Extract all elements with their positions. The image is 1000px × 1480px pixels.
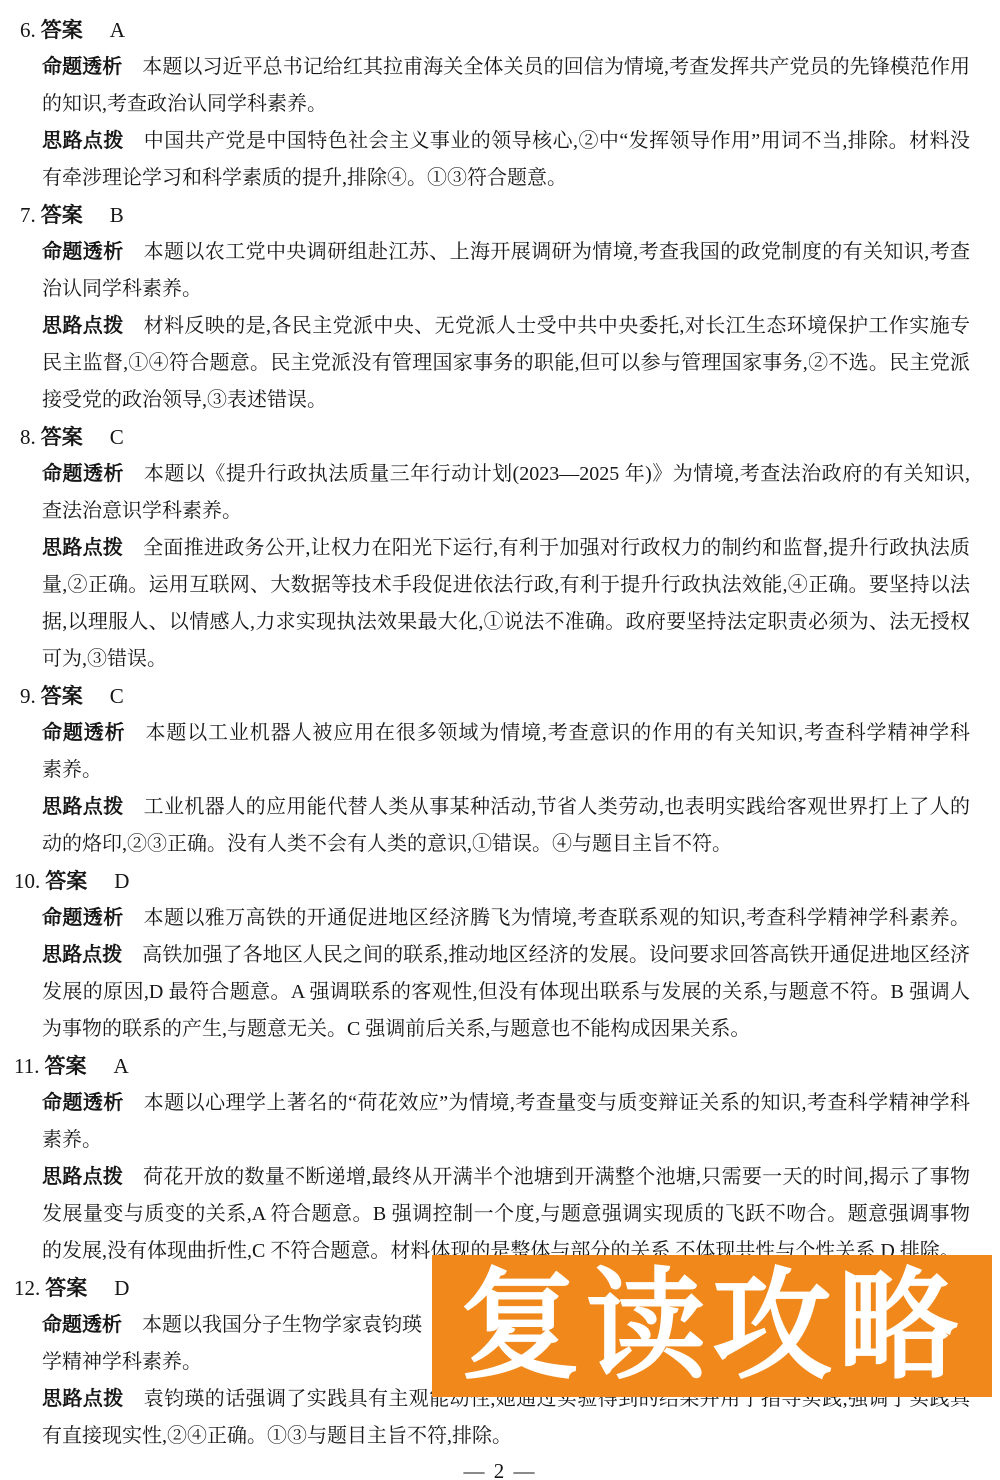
text-line-content: 有牵涉理论学习和科学素质的提升,排除④。①③符合题意。 [42, 167, 567, 189]
text-line-content: 民主监督,①④符合题意。民主党派没有管理国家事务的职能,但可以参与管理国家事务,… [42, 352, 970, 374]
answer-line: 6.答案A [0, 12, 1000, 49]
question-number: 6. [20, 18, 36, 42]
text-line-content: 为事物的联系的产生,与题意无关。C 强调前后关系,与题意也不能构成因果关系。 [42, 1018, 750, 1040]
question-number: 8. [20, 425, 36, 449]
text-line-content: 素养。 [42, 1129, 102, 1151]
answer-label: 答案 [41, 425, 83, 449]
text-line-content: 治认同学科素养。 [42, 278, 202, 300]
section-heading: 思路点拨 [42, 1166, 123, 1188]
text-line-content: 发展的原因,D 最符合题意。A 强调联系的客观性,但没有体现出联系与发展的关系,… [42, 981, 970, 1003]
text-line-content: 素养。 [42, 759, 102, 781]
answer-letter: C [110, 425, 124, 449]
text-line-content: 量,②正确。运用互联网、大数据等技术手段促进依法行政,有利于提升行政执法效能,④… [42, 574, 970, 604]
question-number: 10. [14, 869, 40, 893]
page-number: — 2 — [0, 1459, 1000, 1480]
text-line-content: 本题以农工党中央调研组赴江苏、上海开展调研为情境,考查我国的政党制度的有关知识,… [42, 241, 970, 271]
text-line: 思路点拨材料反映的是,各民主党派中央、无党派人士受中共中央委托,对长江生态环境保… [42, 308, 970, 345]
answer-letter: D [114, 1276, 129, 1300]
section-heading: 命题透析 [42, 722, 125, 744]
answer-line: 10.答案D [0, 863, 1000, 900]
text-line: 治认同学科素养。 [42, 271, 970, 308]
text-line: 素养。 [42, 752, 970, 789]
answer-label: 答案 [41, 203, 83, 227]
text-line: 发展量变与质变的关系,A 符合题意。B 强调控制一个度,与题意强调实现质的飞跃不… [42, 1196, 970, 1233]
text-line-content: 全面推进政务公开,让权力在阳光下运行,有利于加强对行政权力的制约和监督,提升行政… [143, 537, 970, 559]
text-line: 发展的原因,D 最符合题意。A 强调联系的客观性,但没有体现出联系与发展的关系,… [42, 974, 970, 1011]
text-line-content: 本题以雅万高铁的开通促进地区经济腾飞为情境,考查联系观的知识,考查科学精神学科素… [144, 907, 970, 929]
answer-letter: C [110, 684, 124, 708]
section-heading: 命题透析 [42, 463, 124, 485]
answer-label: 答案 [41, 18, 83, 42]
section-heading: 命题透析 [42, 1314, 122, 1336]
text-line: 命题透析本题以习近平总书记给红其拉甫海关全体关员的回信为情境,考查发挥共产党员的… [42, 49, 970, 86]
section-heading: 命题透析 [42, 56, 122, 78]
text-line: 的知识,考查政治认同学科素养。 [42, 86, 970, 123]
answer-label: 答案 [45, 869, 87, 893]
answer-letter: A [110, 18, 125, 42]
text-line: 思路点拨工业机器人的应用能代替人类从事某种活动,节省人类劳动,也表明实践给客观世… [42, 789, 970, 826]
answer-letter: B [110, 203, 124, 227]
text-line-content: 接受党的政治领导,③表述错误。 [42, 389, 327, 411]
text-line: 动的烙印,②③正确。没有人类不会有人类的意识,①错误。④与题目主旨不符。 [42, 826, 970, 863]
section-heading: 思路点拨 [42, 315, 124, 337]
answer-label: 答案 [44, 1054, 86, 1078]
answer-line: 11.答案A [0, 1048, 1000, 1085]
answer-line: 7.答案B [0, 197, 1000, 234]
promo-banner-text: 复读攻略 [460, 1266, 964, 1386]
text-line-content: 动的烙印,②③正确。没有人类不会有人类的意识,①错误。④与题目主旨不符。 [42, 833, 732, 855]
text-line: 命题透析本题以心理学上著名的“荷花效应”为情境,考查量变与质变辩证关系的知识,考… [42, 1085, 970, 1122]
question-number: 7. [20, 203, 36, 227]
text-line: 接受党的政治领导,③表述错误。 [42, 382, 970, 419]
section-heading: 思路点拨 [42, 944, 122, 966]
promo-banner-sticker: 复读攻略 [432, 1255, 992, 1397]
section-heading: 思路点拨 [42, 537, 123, 559]
text-line: 为事物的联系的产生,与题意无关。C 强调前后关系,与题意也不能构成因果关系。 [42, 1011, 970, 1048]
text-line: 思路点拨全面推进政务公开,让权力在阳光下运行,有利于加强对行政权力的制约和监督,… [42, 530, 970, 567]
section-heading: 命题透析 [42, 1092, 124, 1114]
answer-key-page: 6.答案A命题透析本题以习近平总书记给红其拉甫海关全体关员的回信为情境,考查发挥… [0, 0, 1000, 1480]
answer-line: 9.答案C [0, 678, 1000, 715]
text-line-content: 本题以心理学上著名的“荷花效应”为情境,考查量变与质变辩证关系的知识,考查科学精… [144, 1092, 970, 1114]
text-line-content: 工业机器人的应用能代替人类从事某种活动,节省人类劳动,也表明实践给客观世界打上了… [42, 796, 970, 826]
answer-line: 8.答案C [0, 419, 1000, 456]
text-line: 量,②正确。运用互联网、大数据等技术手段促进依法行政,有利于提升行政执法效能,④… [42, 567, 970, 604]
text-line: 思路点拨中国共产党是中国特色社会主义事业的领导核心,②中“发挥领导作用”用词不当… [42, 123, 970, 160]
question-number: 9. [20, 684, 36, 708]
text-line: 可为,③错误。 [42, 641, 970, 678]
text-line-content: 本题以工业机器人被应用在很多领域为情境,考查意识的作用的有关知识,考查科学精神学… [145, 722, 970, 744]
answer-label: 答案 [45, 1276, 87, 1300]
text-line: 有牵涉理论学习和科学素质的提升,排除④。①③符合题意。 [42, 160, 970, 197]
text-line: 命题透析本题以雅万高铁的开通促进地区经济腾飞为情境,考查联系观的知识,考查科学精… [42, 900, 970, 937]
text-line-content: 发展量变与质变的关系,A 符合题意。B 强调控制一个度,与题意强调实现质的飞跃不… [42, 1203, 970, 1225]
answer-list: 6.答案A命题透析本题以习近平总书记给红其拉甫海关全体关员的回信为情境,考查发挥… [0, 12, 1000, 1455]
text-line-content: 的知识,考查政治认同学科素养。 [42, 93, 327, 115]
text-line: 查法治意识学科素养。 [42, 493, 970, 530]
answer-letter: A [113, 1054, 128, 1078]
section-heading: 思路点拨 [42, 130, 124, 152]
question-number: 11. [14, 1054, 39, 1078]
text-line: 思路点拨高铁加强了各地区人民之间的联系,推动地区经济的发展。设问要求回答高铁开通… [42, 937, 970, 974]
text-line-content: 本题以习近平总书记给红其拉甫海关全体关员的回信为情境,考查发挥共产党员的先锋模范… [142, 56, 970, 78]
text-line: 有直接现实性,②④正确。①③与题目主旨不符,排除。 [42, 1418, 970, 1455]
answer-letter: D [114, 869, 129, 893]
text-line-content: 中国共产党是中国特色社会主义事业的领导核心,②中“发挥领导作用”用词不当,排除。… [144, 130, 970, 152]
text-line: 命题透析本题以工业机器人被应用在很多领域为情境,考查意识的作用的有关知识,考查科… [42, 715, 970, 752]
text-line: 命题透析本题以农工党中央调研组赴江苏、上海开展调研为情境,考查我国的政党制度的有… [42, 234, 970, 271]
section-heading: 命题透析 [42, 241, 124, 263]
text-line-content: 本题以《提升行政执法质量三年行动计划(2023—2025 年)》为情境,考查法治… [42, 463, 970, 493]
text-line-content: 荷花开放的数量不断递增,最终从开满半个池塘到开满整个池塘,只需要一天的时间,揭示… [143, 1166, 970, 1188]
text-line: 思路点拨荷花开放的数量不断递增,最终从开满半个池塘到开满整个池塘,只需要一天的时… [42, 1159, 970, 1196]
question-number: 12. [14, 1276, 40, 1300]
text-line: 据,以理服人、以情感人,力求实现执法效果最大化,①说法不准确。政府要坚持法定职责… [42, 604, 970, 641]
answer-label: 答案 [41, 684, 83, 708]
text-line-content: 有直接现实性,②④正确。①③与题目主旨不符,排除。 [42, 1425, 512, 1447]
text-line-content: 学精神学科素养。 [42, 1351, 202, 1373]
section-heading: 思路点拨 [42, 796, 124, 818]
text-line-content: 据,以理服人、以情感人,力求实现执法效果最大化,①说法不准确。政府要坚持法定职责… [42, 611, 970, 641]
text-line-content: 材料反映的是,各民主党派中央、无党派人士受中共中央委托,对长江生态环境保护工作实… [42, 315, 970, 345]
text-line: 命题透析本题以《提升行政执法质量三年行动计划(2023—2025 年)》为情境,… [42, 456, 970, 493]
section-heading: 命题透析 [42, 907, 124, 929]
text-line-content: 高铁加强了各地区人民之间的联系,推动地区经济的发展。设问要求回答高铁开通促进地区… [142, 944, 970, 966]
text-line: 素养。 [42, 1122, 970, 1159]
text-line-content: 可为,③错误。 [42, 648, 167, 670]
text-line: 民主监督,①④符合题意。民主党派没有管理国家事务的职能,但可以参与管理国家事务,… [42, 345, 970, 382]
section-heading: 思路点拨 [42, 1388, 124, 1410]
text-line-content: 查法治意识学科素养。 [42, 500, 242, 522]
text-line-content: 本题以我国分子生物学家袁钧瑛 [142, 1314, 422, 1336]
